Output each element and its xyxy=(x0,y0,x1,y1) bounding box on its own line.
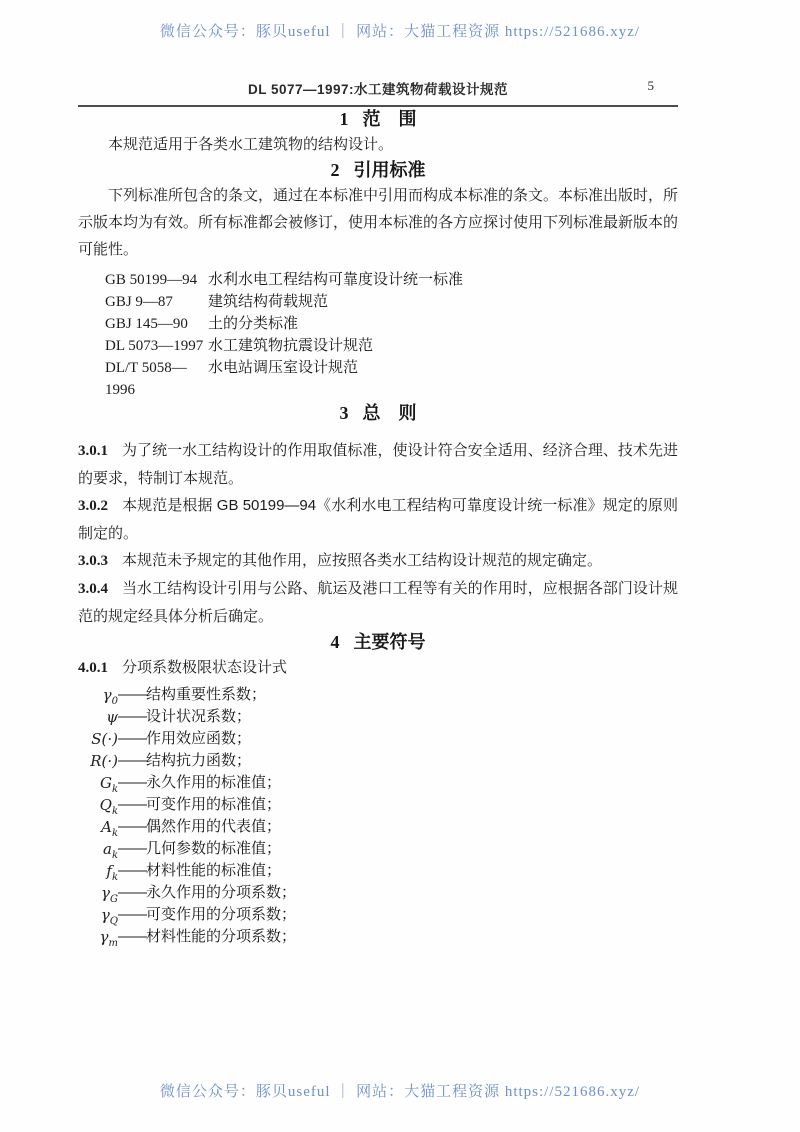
symbol-dash: —— xyxy=(118,860,146,882)
symbol-list: γ0 —— 结构重要性系数； ψ —— 设计状况系数； S(·) —— 作用效应… xyxy=(78,684,678,948)
symbol: Gk xyxy=(78,772,118,794)
symbol-row: fk —— 材料性能的标准值； xyxy=(78,860,678,882)
clause: 3.0.1为了统一水工结构设计的作用取值标准，使设计符合安全适用、经济合理、技术… xyxy=(78,437,678,492)
symbol-definition: 永久作用的标准值； xyxy=(146,772,281,794)
section-1-heading: 1范 围 xyxy=(78,107,678,131)
symbol-dash: —— xyxy=(118,750,146,772)
section-1-paragraph: 本规范适用于各类水工建筑物的结构设计。 xyxy=(78,131,678,158)
standard-code: GBJ 145—90 xyxy=(105,313,208,335)
symbol-definition: 几何参数的标准值； xyxy=(146,838,281,860)
section-1-number: 1 xyxy=(340,109,349,129)
symbol-dash: —— xyxy=(118,728,146,750)
section-1-title: 范 围 xyxy=(363,109,417,129)
standard-row: DL/T 5058—1996 水电站调压室设计规范 xyxy=(78,357,678,401)
symbol-dash: —— xyxy=(118,882,146,904)
symbol-definition: 材料性能的分项系数； xyxy=(146,926,296,948)
symbol-definition: 可变作用的分项系数； xyxy=(146,904,296,926)
section-3-title: 总 则 xyxy=(363,403,417,423)
symbol: S(·) xyxy=(78,728,118,750)
symbol: Ak xyxy=(78,816,118,838)
symbol-definition: 材料性能的标准值； xyxy=(146,860,281,882)
symbol: γm xyxy=(78,926,118,948)
symbol-row: Gk —— 永久作用的标准值； xyxy=(78,772,678,794)
clause-number: 4.0.1 xyxy=(78,660,108,676)
symbol-definition: 结构重要性系数； xyxy=(146,684,266,706)
symbol-row: Qk —— 可变作用的标准值； xyxy=(78,794,678,816)
symbol-dash: —— xyxy=(118,772,146,794)
clause-text: 分项系数极限状态设计式 xyxy=(122,659,287,676)
standard-row: GBJ 9—87 建筑结构荷载规范 xyxy=(78,291,678,313)
document-header-title: DL 5077—1997:水工建筑物荷载设计规范 xyxy=(248,82,508,97)
symbol-row: Ak —— 偶然作用的代表值； xyxy=(78,816,678,838)
standard-name: 土的分类标准 xyxy=(208,313,298,335)
standard-name: 水利水电工程结构可靠度设计统一标准 xyxy=(208,269,463,291)
symbol: ak xyxy=(78,838,118,860)
clause-text: 本规范未予规定的其他作用，应按照各类水工结构设计规范的规定确定。 xyxy=(122,552,602,569)
clause: 3.0.4当水工结构设计引用与公路、航运及港口工程等有关的作用时，应根据各部门设… xyxy=(78,575,678,630)
symbol-dash: —— xyxy=(118,838,146,860)
symbol-dash: —— xyxy=(118,684,146,706)
section-4-number: 4 xyxy=(331,632,340,652)
standard-row: GB 50199—94 水利水电工程结构可靠度设计统一标准 xyxy=(78,269,678,291)
symbol: γQ xyxy=(78,904,118,926)
section-4-heading: 4主要符号 xyxy=(78,630,678,654)
symbol-row: ψ —— 设计状况系数； xyxy=(78,706,678,728)
standard-code: DL 5073—1997 xyxy=(105,335,208,357)
referenced-standards-list: GB 50199—94 水利水电工程结构可靠度设计统一标准 GBJ 9—87 建… xyxy=(78,269,678,401)
symbol-definition: 偶然作用的代表值； xyxy=(146,816,281,838)
symbol-dash: —— xyxy=(118,794,146,816)
clause-text: 为了统一水工结构设计的作用取值标准，使设计符合安全适用、经济合理、技术先进的要求… xyxy=(78,442,678,487)
clause-number: 3.0.1 xyxy=(78,443,108,459)
clause: 3.0.2本规范是根据 GB 50199—94《水利水电工程结构可靠度设计统一标… xyxy=(78,492,678,547)
symbol-definition: 作用效应函数； xyxy=(146,728,251,750)
section-2-heading: 2引用标准 xyxy=(78,158,678,182)
symbol-row: S(·) —— 作用效应函数； xyxy=(78,728,678,750)
symbol-dash: —— xyxy=(118,706,146,728)
clause-number: 3.0.2 xyxy=(78,498,108,514)
page-content: DL 5077—1997:水工建筑物荷载设计规范 5 1范 围 本规范适用于各类… xyxy=(78,78,678,948)
section-3-clauses: 3.0.1为了统一水工结构设计的作用取值标准，使设计符合安全适用、经济合理、技术… xyxy=(78,437,678,630)
section-3-heading: 3总 则 xyxy=(78,401,678,425)
symbol: Qk xyxy=(78,794,118,816)
symbol: ψ xyxy=(78,706,118,728)
symbol: R(·) xyxy=(78,750,118,772)
standard-name: 水工建筑物抗震设计规范 xyxy=(208,335,373,357)
standard-row: GBJ 145—90 土的分类标准 xyxy=(78,313,678,335)
symbol-definition: 永久作用的分项系数； xyxy=(146,882,296,904)
symbol-row: γ0 —— 结构重要性系数； xyxy=(78,684,678,706)
symbol-definition: 设计状况系数； xyxy=(146,706,251,728)
page-number: 5 xyxy=(648,78,655,94)
section-2-paragraph: 下列标准所包含的条文，通过在本标准中引用而构成本标准的条文。本标准出版时，所示版… xyxy=(78,182,678,263)
symbol-definition: 结构抗力函数； xyxy=(146,750,251,772)
page-header: DL 5077—1997:水工建筑物荷载设计规范 5 xyxy=(78,78,678,107)
standard-name: 水电站调压室设计规范 xyxy=(208,357,358,401)
clause-text: 本规范是根据 GB 50199—94《水利水电工程结构可靠度设计统一标准》规定的… xyxy=(78,497,678,542)
symbol-row: γQ —— 可变作用的分项系数； xyxy=(78,904,678,926)
symbol-dash: —— xyxy=(118,816,146,838)
watermark-top: 微信公众号：豚贝useful ｜ 网站：大猫工程资源 https://52168… xyxy=(0,20,800,41)
symbol-row: ak —— 几何参数的标准值； xyxy=(78,838,678,860)
symbol: γ0 xyxy=(78,684,118,706)
section-2-title: 引用标准 xyxy=(354,160,426,180)
symbol-row: R(·) —— 结构抗力函数； xyxy=(78,750,678,772)
clause-number: 3.0.4 xyxy=(78,581,108,597)
symbol-definition: 可变作用的标准值； xyxy=(146,794,281,816)
watermark-bottom: 微信公众号：豚贝useful ｜ 网站：大猫工程资源 https://52168… xyxy=(0,1080,800,1101)
standard-code: GBJ 9—87 xyxy=(105,291,208,313)
section-4-title: 主要符号 xyxy=(354,632,426,652)
symbol: fk xyxy=(78,860,118,882)
symbol-row: γG —— 永久作用的分项系数； xyxy=(78,882,678,904)
standard-code: GB 50199—94 xyxy=(105,269,208,291)
clause: 4.0.1分项系数极限状态设计式 xyxy=(78,654,678,682)
standard-row: DL 5073—1997 水工建筑物抗震设计规范 xyxy=(78,335,678,357)
standard-name: 建筑结构荷载规范 xyxy=(208,291,328,313)
symbol-dash: —— xyxy=(118,926,146,948)
symbol-dash: —— xyxy=(118,904,146,926)
symbol: γG xyxy=(78,882,118,904)
clause-number: 3.0.3 xyxy=(78,553,108,569)
section-3-number: 3 xyxy=(340,403,349,423)
section-2-number: 2 xyxy=(331,160,340,180)
standard-code: DL/T 5058—1996 xyxy=(105,357,208,401)
clause-text: 当水工结构设计引用与公路、航运及港口工程等有关的作用时，应根据各部门设计规范的规… xyxy=(78,580,678,625)
symbol-row: γm —— 材料性能的分项系数； xyxy=(78,926,678,948)
clause: 3.0.3本规范未予规定的其他作用，应按照各类水工结构设计规范的规定确定。 xyxy=(78,547,678,575)
